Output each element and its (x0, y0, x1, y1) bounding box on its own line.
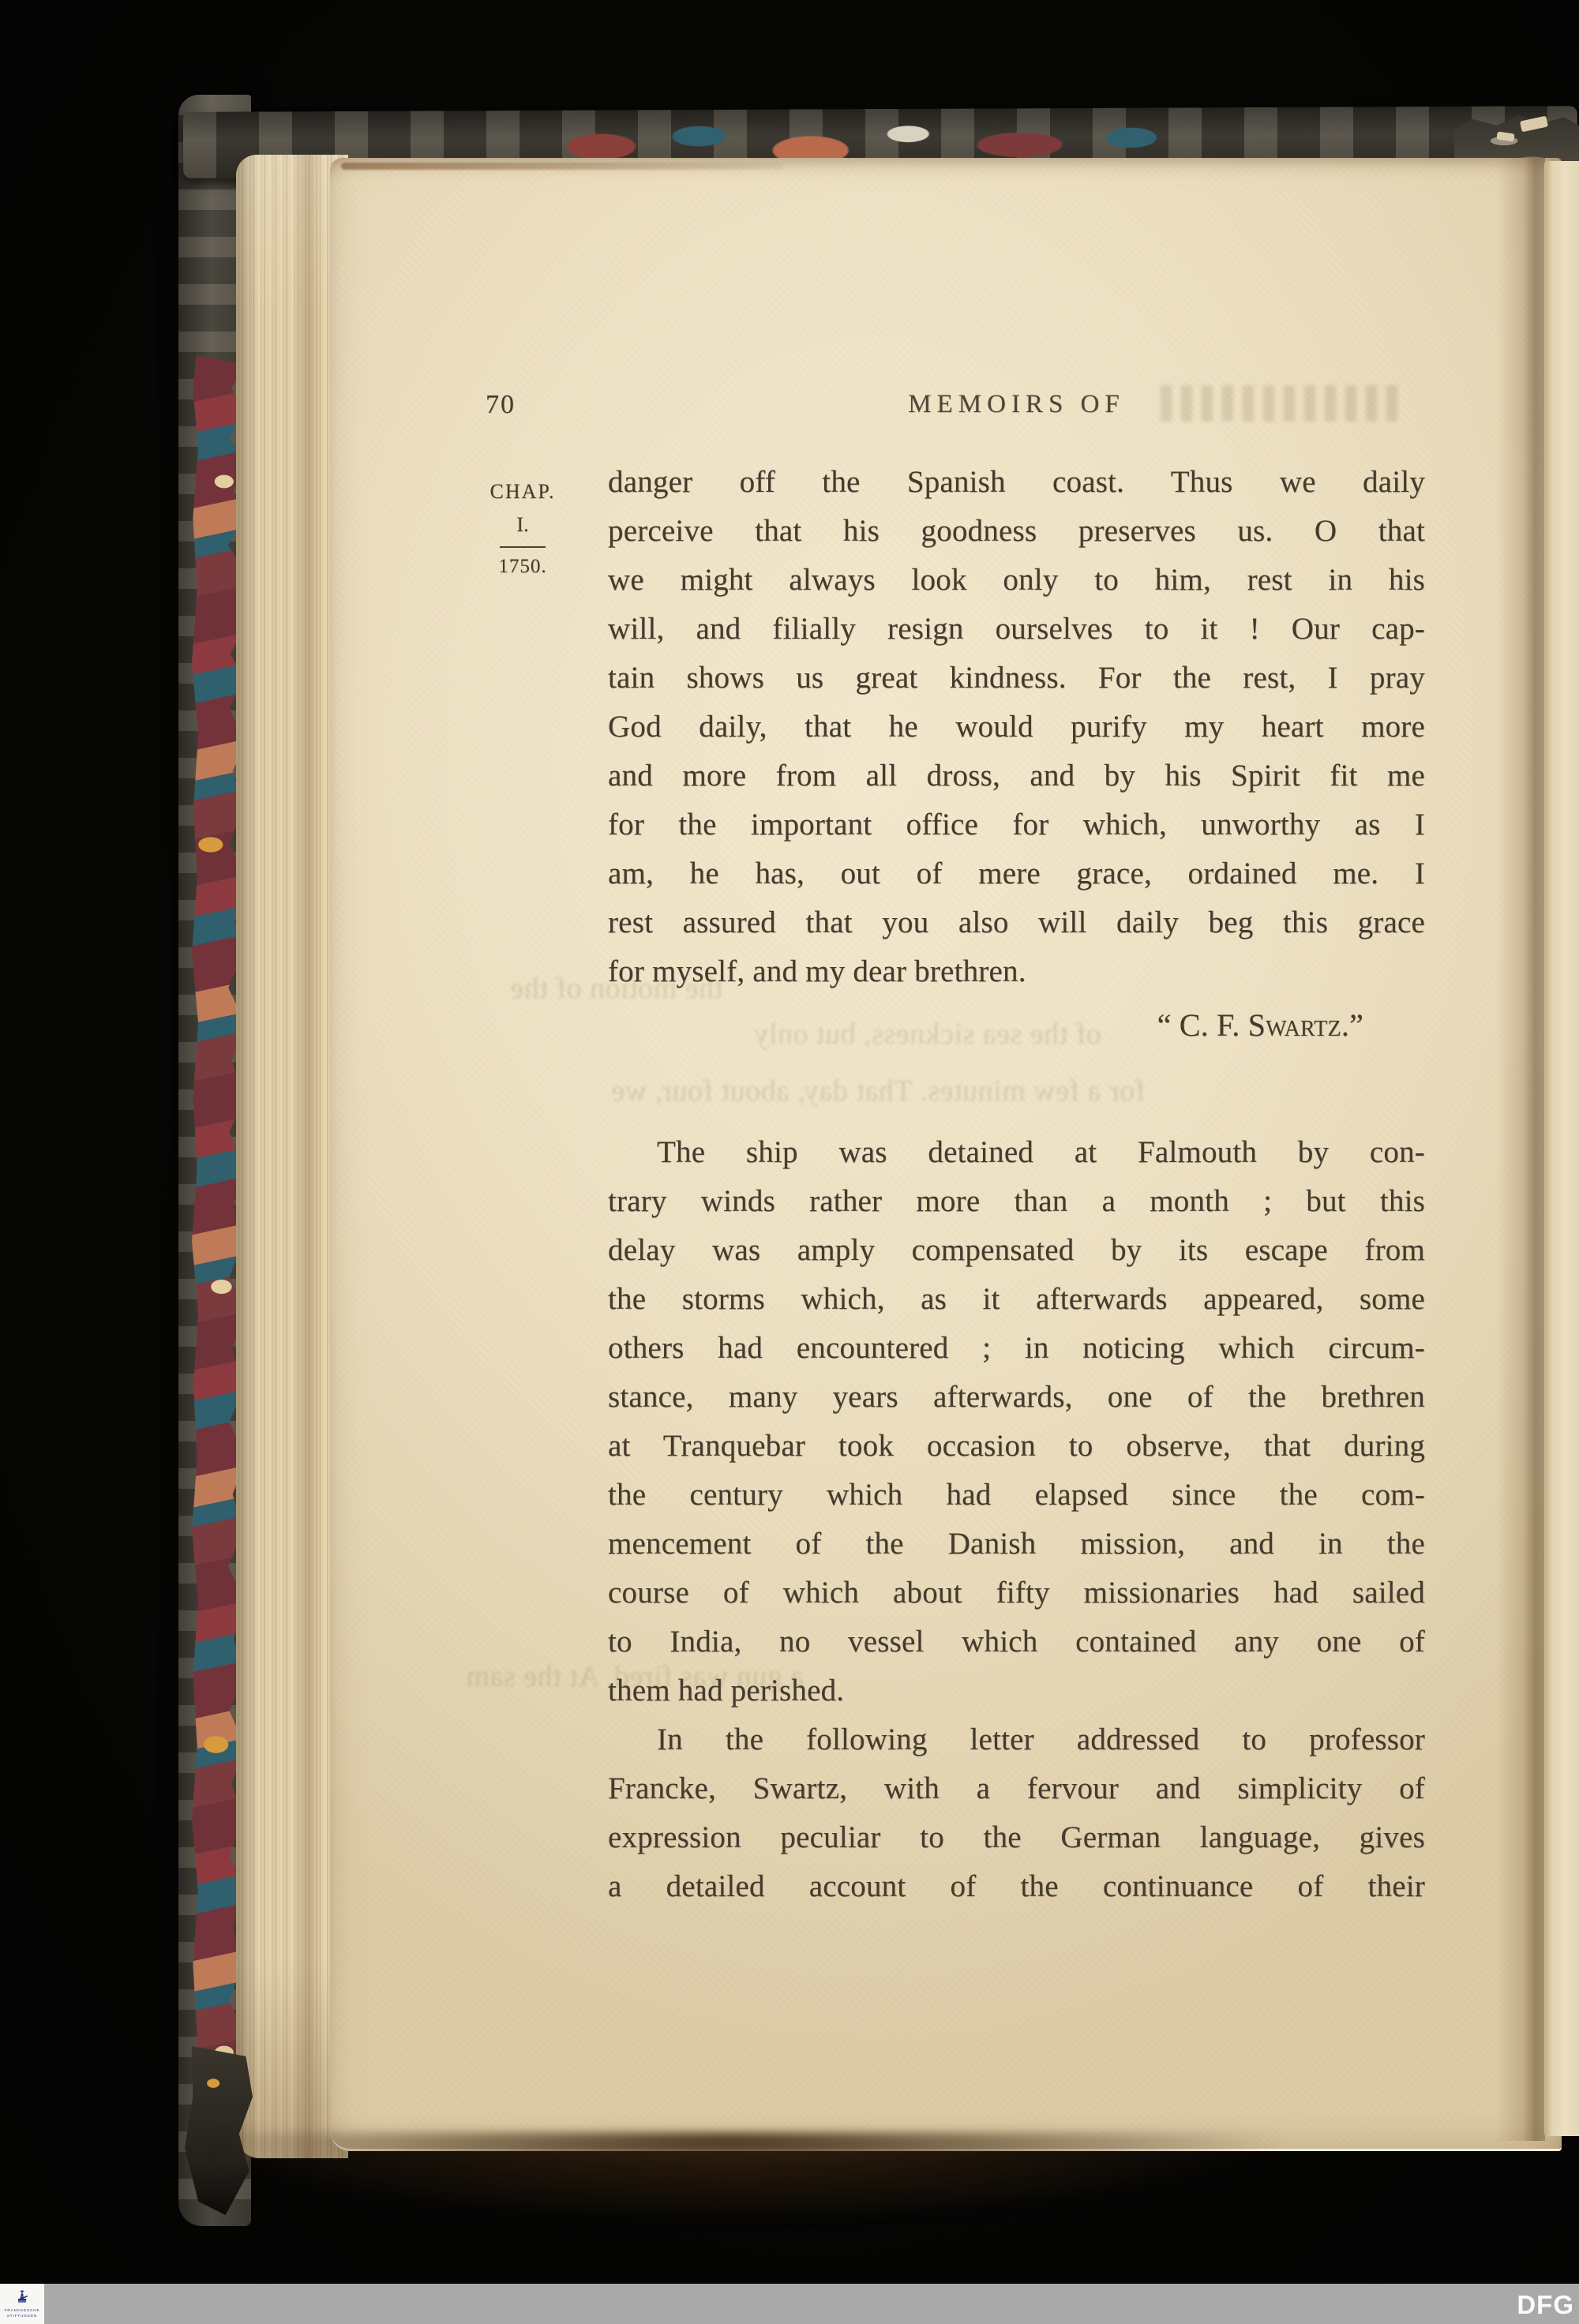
scanned-book-photo: 70 MEMOIRS OF CHAP. I. 1750. the motion … (0, 0, 1579, 2324)
chapter-label: CHAP. (483, 480, 562, 504)
text-block: danger off the Spanish coast. Thus we da… (608, 458, 1425, 1911)
book-page: 70 MEMOIRS OF CHAP. I. 1750. the motion … (330, 158, 1562, 2151)
body-line: stance, many years afterwards, one of th… (608, 1373, 1425, 1422)
letter-line: danger off the Spanish coast. Thus we da… (608, 458, 1425, 507)
dfg-logo: DFG (1514, 2290, 1574, 2320)
body-line: them had perished. (608, 1666, 1425, 1715)
margin-note: CHAP. I. 1750. (483, 480, 562, 578)
letter-line: perceive that his goodness preserves us.… (608, 507, 1425, 556)
show-through-smudge (1161, 385, 1397, 422)
body-line: trary winds rather more than a month ; b… (608, 1177, 1425, 1226)
book-bottom-shadow (221, 2133, 1555, 2258)
page-number: 70 (486, 390, 516, 420)
body-line: Francke, Swartz, with a fervour and simp… (608, 1764, 1425, 1813)
body-line: mencement of the Danish mission, and in … (608, 1520, 1425, 1569)
letter-line: am, he has, out of mere grace, ordained … (608, 849, 1425, 898)
page-top-stain (341, 163, 783, 170)
footer-bar (0, 2284, 1579, 2324)
body-line: In the following letter addressed to pro… (608, 1715, 1425, 1764)
chapter-numeral: I. (483, 513, 562, 537)
body-line: delay was amply compensated by its escap… (608, 1226, 1425, 1275)
next-page-sliver (1544, 161, 1579, 2136)
body-line: at Tranquebar took occasion to observe, … (608, 1422, 1425, 1471)
body-line: others had encountered ; in noticing whi… (608, 1324, 1425, 1373)
francke-foundations-stamp: FRANCKESCHE STIFTUNGEN (0, 2284, 44, 2324)
body-line: course of which about fifty missionaries… (608, 1569, 1425, 1617)
letter-signature: “ C. F. Swartz.” (608, 996, 1425, 1053)
letter-line: we might always look only to him, rest i… (608, 556, 1425, 605)
letter-line: for myself, and my dear brethren. (608, 947, 1425, 996)
body-line: the storms which, as it afterwards appea… (608, 1275, 1425, 1324)
letter-line: for the important office for which, unwo… (608, 800, 1425, 849)
letter-line: and more from all dross, and by his Spir… (608, 752, 1425, 800)
letter-line: rest assured that you also will daily be… (608, 898, 1425, 947)
gutter-shadow (1496, 158, 1545, 2141)
body-line: expression peculiar to the German langua… (608, 1813, 1425, 1862)
body-line: the century which had elapsed since the … (608, 1471, 1425, 1520)
stamp-line2: STIFTUNGEN (7, 2314, 37, 2318)
body-line: a detailed account of the continuance of… (608, 1862, 1425, 1911)
margin-year: 1750. (483, 556, 562, 578)
letter-line: tain shows us great kindness. For the re… (608, 654, 1425, 703)
paragraph-gap (608, 1053, 1425, 1128)
body-line: to India, no vessel which contained any … (608, 1617, 1425, 1666)
stamp-line1: FRANCKESCHE (5, 2308, 40, 2313)
body-line: The ship was detained at Falmouth by con… (608, 1128, 1425, 1177)
letter-line: will, and filially resign ourselves to i… (608, 605, 1425, 654)
letter-line: God daily, that he would purify my heart… (608, 703, 1425, 752)
margin-rule (500, 546, 546, 548)
francke-foundations-icon (13, 2290, 31, 2307)
